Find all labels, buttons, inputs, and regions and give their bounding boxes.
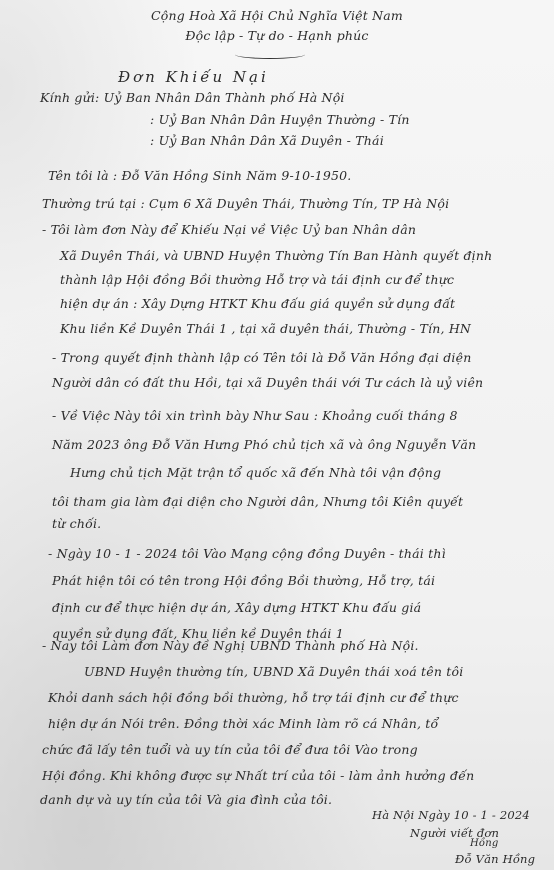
body-line: - Ngày 10 - 1 - 2024 tôi Vào Mạng cộng đ…: [48, 546, 446, 561]
body-line: - Về Việc Này tôi xin trình bày Như Sau …: [52, 408, 458, 423]
body-line: Khu liền Kề Duyên Thái 1 , tại xã duyên …: [60, 321, 471, 336]
body-line: thành lập Hội đồng Bồi thường Hỗ trợ và …: [60, 272, 454, 287]
body-line: - Trong quyết định thành lập có Tên tôi …: [52, 350, 471, 365]
sender-address-line: Thường trú tại : Cụm 6 Xã Duyên Thái, Th…: [42, 196, 449, 211]
body-line: Hội đồng. Khi không được sự Nhất trí của…: [42, 768, 474, 783]
body-line: UBND Huyện thường tín, UBND Xã Duyên thá…: [84, 664, 463, 679]
body-line: chức đã lấy tên tuổi và uy tín của tôi đ…: [42, 742, 418, 757]
motto: Độc lập - Tự do - Hạnh phúc: [0, 28, 554, 43]
recipient-3: : Uỷ Ban Nhân Dân Xã Duyên - Thái: [150, 133, 384, 148]
paper-background: [0, 0, 554, 870]
body-line: danh dự và uy tín của tôi Và gia đình củ…: [40, 792, 332, 807]
signer-name: Đỗ Văn Hồng: [455, 852, 535, 866]
recipient-2: : Uỷ Ban Nhân Dân Huyện Thường - Tín: [150, 112, 410, 127]
body-line: - Tôi làm đơn Này để Khiếu Nại về Việc U…: [42, 222, 416, 237]
national-title: Cộng Hoà Xã Hội Chủ Nghĩa Việt Nam: [0, 8, 554, 23]
body-line: Người dân có đất thu Hồi, tại xã Duyên t…: [52, 375, 483, 390]
body-line: Phát hiện tôi có tên trong Hội đồng Bồi …: [52, 573, 435, 588]
place-date: Hà Nội Ngày 10 - 1 - 2024: [372, 808, 530, 822]
body-line: hiện dự án Nói trên. Đồng thời xác Minh …: [48, 716, 438, 731]
signature-scribble: Hồng: [470, 838, 498, 849]
body-line: Xã Duyên Thái, và UBND Huyện Thường Tín …: [60, 248, 492, 263]
recipient-1: Kính gửi: Uỷ Ban Nhân Dân Thành phố Hà N…: [40, 90, 345, 105]
body-line: Hưng chủ tịch Mặt trận tổ quốc xã đến Nh…: [70, 465, 441, 480]
body-line: - Nay tôi Làm đơn Này đề Nghị UBND Thành…: [42, 638, 419, 653]
document-title: Đơn Khiếu Nại: [118, 68, 269, 86]
body-line: Khỏi danh sách hội đồng bồi thường, hỗ t…: [48, 690, 459, 705]
sender-name-line: Tên tôi là : Đỗ Văn Hồng Sinh Năm 9-10-1…: [48, 168, 351, 183]
body-line: tôi tham gia làm đại diện cho Người dân,…: [52, 494, 463, 509]
body-line: Năm 2023 ông Đỗ Văn Hưng Phó chủ tịch xã…: [52, 437, 476, 452]
body-line: từ chối.: [52, 516, 101, 531]
body-line: hiện dự án : Xây Dựng HTKT Khu đấu giá q…: [60, 296, 455, 311]
divider-flourish: [235, 50, 305, 59]
body-line: định cư để thực hiện dự án, Xây dựng HTK…: [52, 600, 421, 615]
